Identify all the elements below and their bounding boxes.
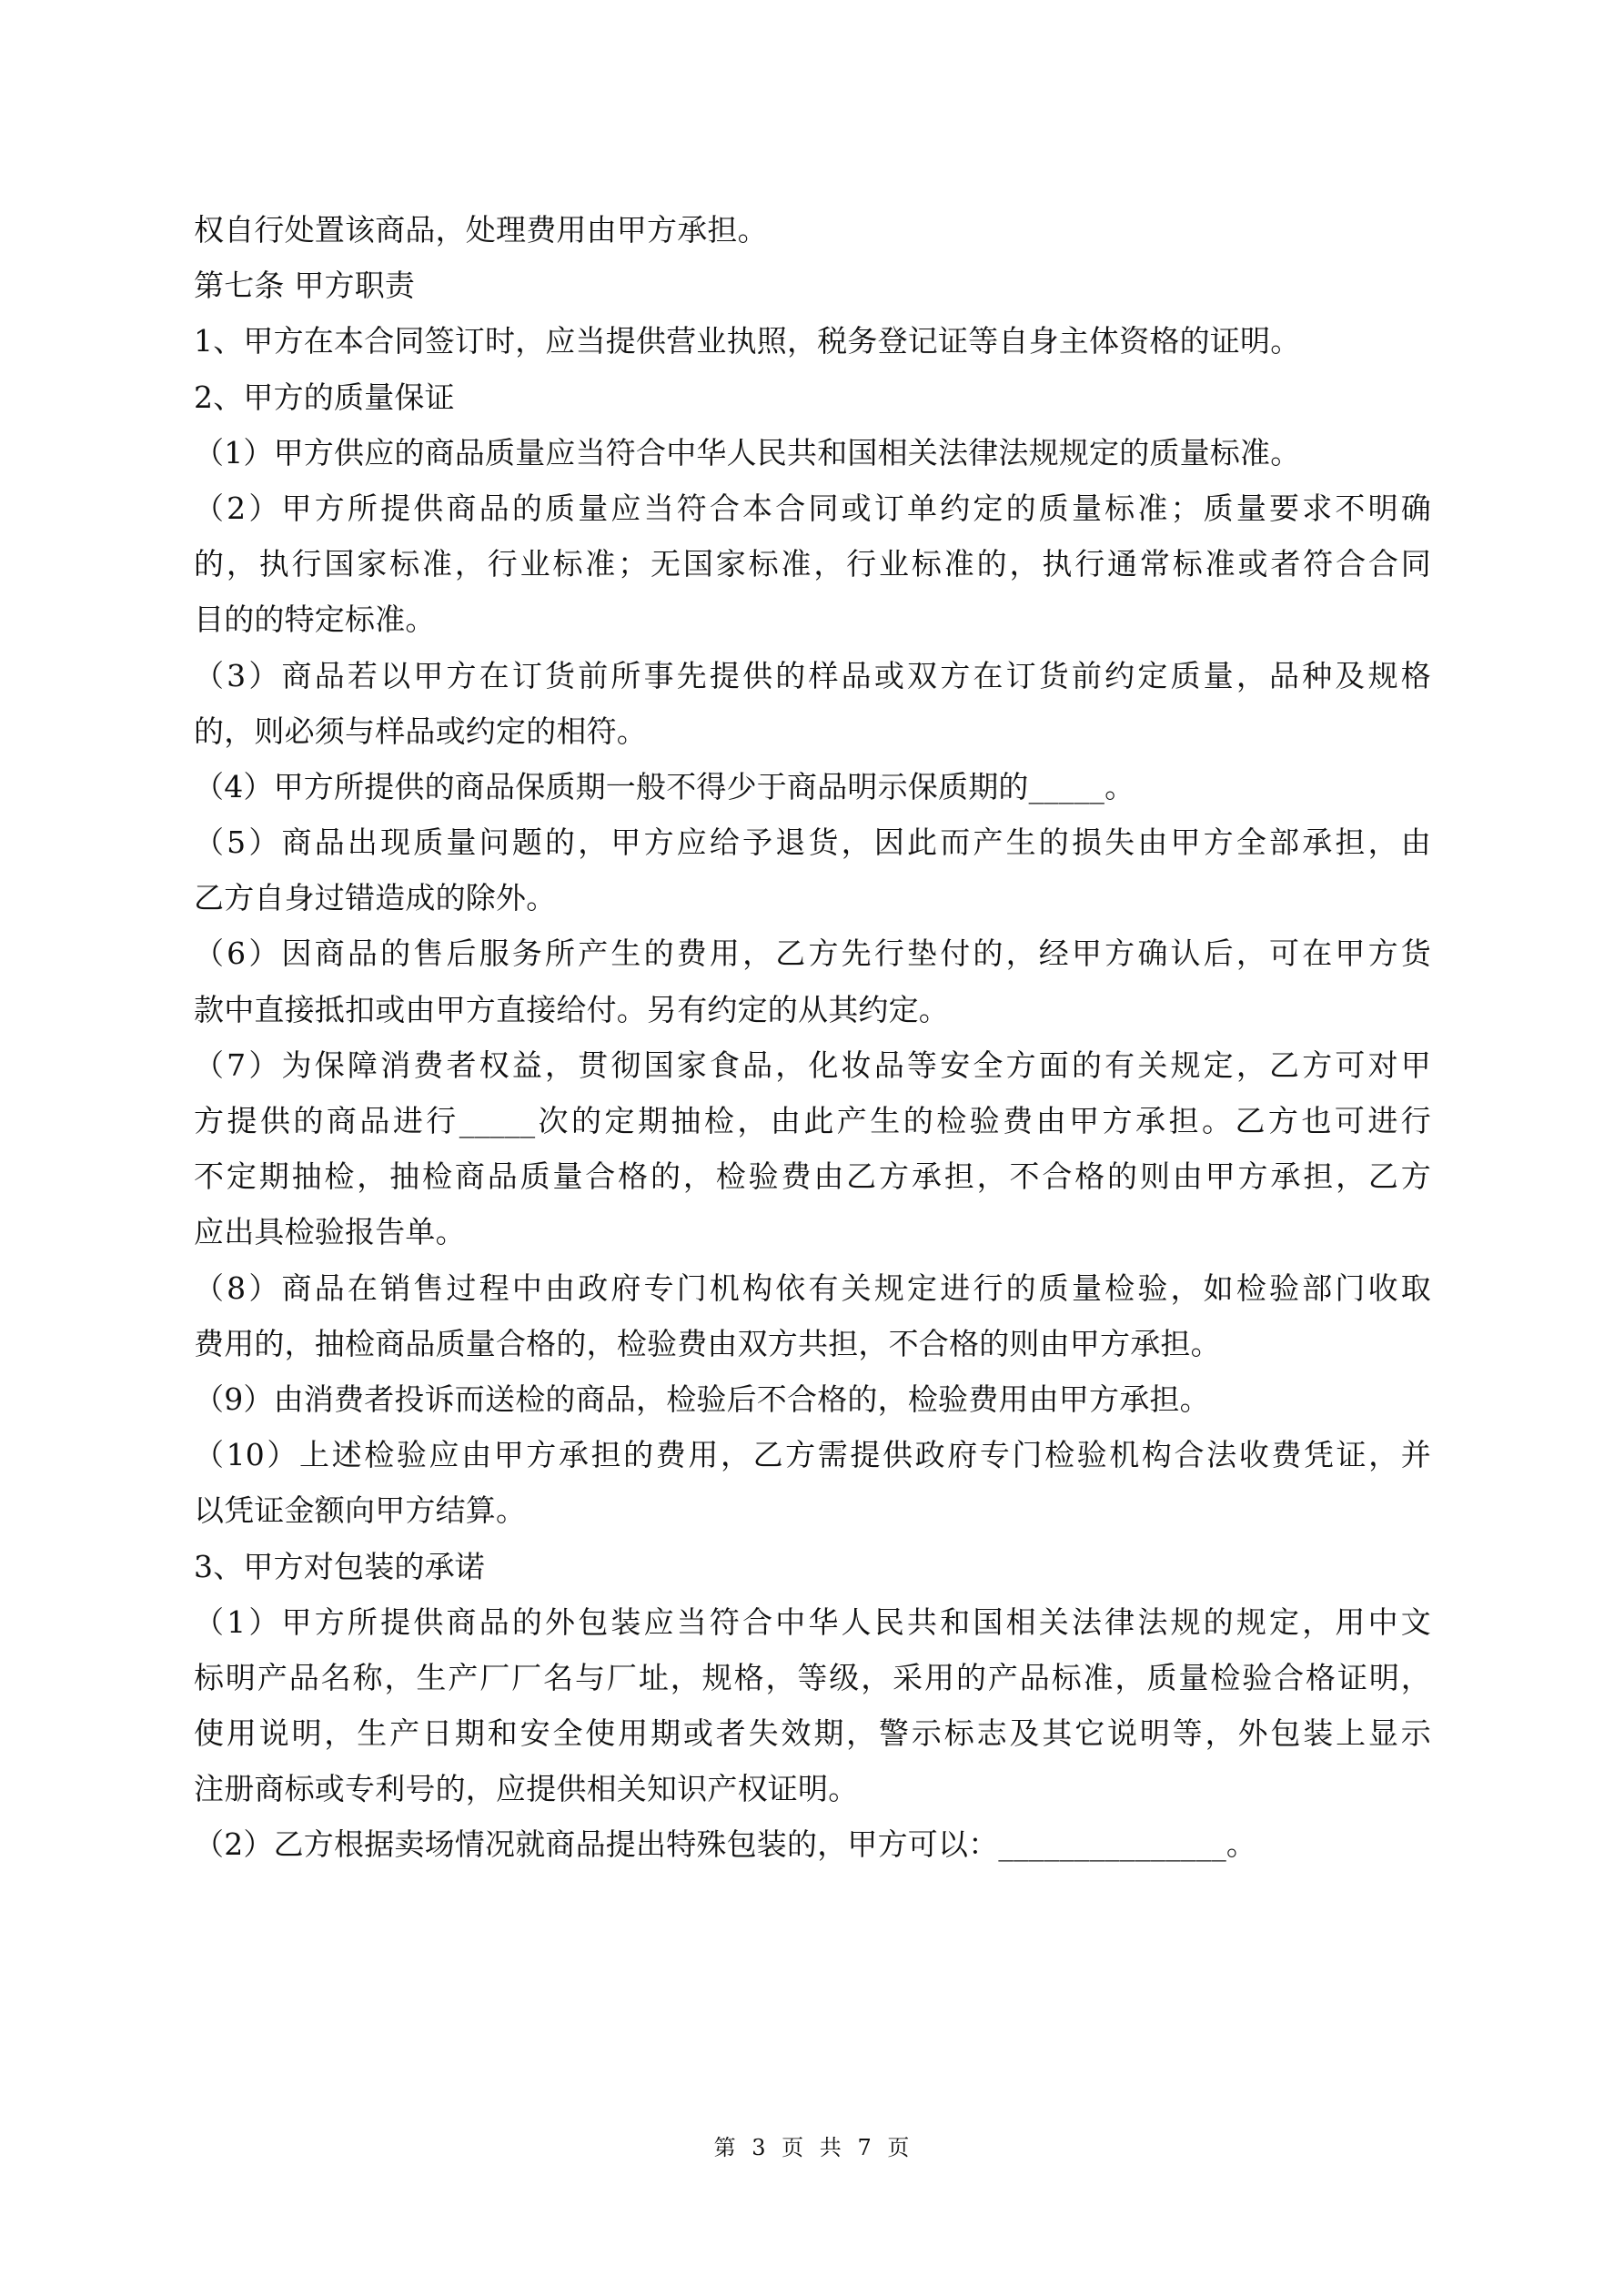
text-line: （5）商品出现质量问题的，甲方应给予退货，因此而产生的损失由甲方全部承担，由 [194, 814, 1431, 870]
text-line: 以凭证金额向甲方结算。 [194, 1482, 1431, 1538]
text-line: 不定期抽检，抽检商品质量合格的，检验费由乙方承担，不合格的则由甲方承担，乙方 [194, 1148, 1431, 1204]
text-line: （7）为保障消费者权益，贯彻国家食品，化妆品等安全方面的有关规定，乙方可对甲 [194, 1037, 1431, 1093]
page-number-footer: 第 3 页 共 7 页 [0, 2129, 1624, 2161]
section-heading: 第七条 甲方职责 [194, 258, 1431, 313]
subsection-heading: 2、甲方的质量保证 [194, 369, 1431, 425]
text-line: （2）甲方所提供商品的质量应当符合本合同或订单约定的质量标准；质量要求不明确 [194, 480, 1431, 536]
text-line: （3）商品若以甲方在订货前所事先提供的样品或双方在订货前约定质量，品种及规格 [194, 648, 1431, 703]
text-line: （2）乙方根据卖场情况就商品提出特殊包装的，甲方可以：_____________… [194, 1816, 1431, 1872]
text-line: （4）甲方所提供的商品保质期一般不得少于商品明示保质期的_____。 [194, 759, 1431, 814]
text-line: 1、甲方在本合同签订时，应当提供营业执照，税务登记证等自身主体资格的证明。 [194, 313, 1431, 369]
text-line: （1）甲方所提供商品的外包装应当符合中华人民共和国相关法律法规的规定，用中文 [194, 1594, 1431, 1650]
text-line: 目的的特定标准。 [194, 592, 1431, 647]
text-line: （1）甲方供应的商品质量应当符合中华人民共和国相关法律法规规定的质量标准。 [194, 425, 1431, 480]
text-line: （9）由消费者投诉而送检的商品，检验后不合格的，检验费用由甲方承担。 [194, 1371, 1431, 1427]
text-line: （6）因商品的售后服务所产生的费用，乙方先行垫付的，经甲方确认后，可在甲方货 [194, 925, 1431, 981]
text-line: 的，执行国家标准，行业标准；无国家标准，行业标准的，执行通常标准或者符合合同 [194, 536, 1431, 592]
text-line: 费用的，抽检商品质量合格的，检验费由双方共担，不合格的则由甲方承担。 [194, 1316, 1431, 1371]
text-line: 方提供的商品进行_____次的定期抽检，由此产生的检验费由甲方承担。乙方也可进行 [194, 1093, 1431, 1148]
subsection-heading: 3、甲方对包装的承诺 [194, 1539, 1431, 1594]
text-line: 权自行处置该商品，处理费用由甲方承担。 [194, 202, 1431, 258]
document-body: 权自行处置该商品，处理费用由甲方承担。 第七条 甲方职责 1、甲方在本合同签订时… [194, 202, 1431, 1873]
text-line: 款中直接抵扣或由甲方直接给付。另有约定的从其约定。 [194, 982, 1431, 1037]
text-line: 使用说明，生产日期和安全使用期或者失效期，警示标志及其它说明等，外包装上显示 [194, 1705, 1431, 1761]
text-line: 应出具检验报告单。 [194, 1204, 1431, 1259]
text-line: 注册商标或专利号的，应提供相关知识产权证明。 [194, 1761, 1431, 1816]
text-line: （10）上述检验应由甲方承担的费用，乙方需提供政府专门检验机构合法收费凭证，并 [194, 1427, 1431, 1482]
text-line: 乙方自身过错造成的除外。 [194, 870, 1431, 925]
text-line: 的，则必须与样品或约定的相符。 [194, 703, 1431, 759]
text-line: （8）商品在销售过程中由政府专门机构依有关规定进行的质量检验，如检验部门收取 [194, 1260, 1431, 1316]
text-line: 标明产品名称，生产厂厂名与厂址，规格，等级，采用的产品标准，质量检验合格证明， [194, 1650, 1431, 1705]
